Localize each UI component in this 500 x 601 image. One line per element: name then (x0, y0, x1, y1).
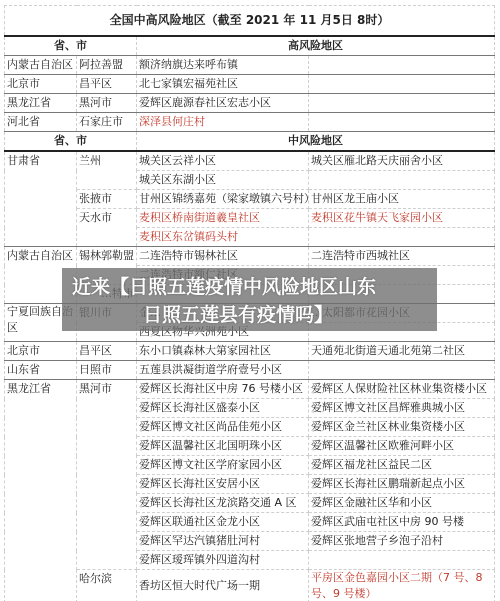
area-cell: 爱辉区张地营子乡泡子沿村 (309, 532, 495, 551)
area-cell: 城关区雁北路天庆丽舍小区 (309, 151, 495, 171)
headline-overlay: 近来【日照五莲疫情中风险地区山东 日照五莲县有疫情吗】 (62, 268, 437, 331)
city-cell: 哈尔滨 (77, 570, 137, 601)
headline-line-2: 日照五莲县有疫情吗】 (143, 300, 333, 327)
area-cell: 麦积区东岔镇码头村 (137, 228, 309, 247)
area-cell: 爱辉区温馨社区北国明珠小区 (137, 437, 309, 456)
area-cell: 东小口镇森林大第家园社区 (137, 342, 309, 361)
table-row: 内蒙古自治区 锡林郭勒盟 二连浩特市锡林社区 二连浩特市西城社区 (5, 247, 495, 266)
area-cell: 天通苑北街道天通北苑第二社区 (309, 342, 495, 361)
area-cell (309, 94, 495, 113)
area-cell: 爱辉区瑷珲镇外四道沟村 (137, 551, 309, 570)
area-cell: 深泽县何庄村 (137, 113, 309, 132)
province-cell: 黑龙江省 (5, 380, 77, 601)
area-cell: 爱辉区长海社区盛泰小区 (137, 399, 309, 418)
city-cell: 张掖市 (77, 190, 137, 209)
area-cell (309, 361, 495, 380)
mid-risk-header: 省、市 中风险地区 (5, 132, 495, 152)
province-cell: 河北省 (5, 113, 77, 132)
area-cell: 爱辉区长海社区中房 76 号楼小区 (137, 380, 309, 399)
area-cell: 五莲县洪凝街道学府壹号小区 (137, 361, 309, 380)
area-cell (309, 56, 495, 75)
header-province-city: 省、市 (5, 36, 137, 56)
city-cell: 昌平区 (77, 75, 137, 94)
header-mid-risk: 中风险地区 (137, 132, 495, 152)
area-cell: 爱辉区福龙社区益民二区 (309, 456, 495, 475)
area-cell (309, 171, 495, 190)
area-cell: 北七家镇宏福苑社区 (137, 75, 309, 94)
area-cell: 爱辉区武庙屯社区中房 90 号楼 (309, 513, 495, 532)
header-province-city: 省、市 (5, 132, 137, 152)
city-cell: 阿拉善盟 (77, 56, 137, 75)
city-cell: 天水市 (77, 209, 137, 247)
table-row: 北京市 昌平区 东小口镇森林大第家园社区 天通苑北街道天通北苑第二社区 (5, 342, 495, 361)
area-cell: 爱辉区长海社区龙滨路交通 A 区 (137, 494, 309, 513)
area-cell: 爱辉区鹿源春社区宏志小区 (137, 94, 309, 113)
table-row: 天水市 麦积区桥南街道羲皇社区 麦积区花牛镇天飞家园小区 (5, 209, 495, 228)
area-cell: 二连浩特市西城社区 (309, 247, 495, 266)
area-cell: 麦积区花牛镇天飞家园小区 (309, 209, 495, 228)
province-cell: 北京市 (5, 75, 77, 94)
area-cell: 城关区东湖小区 (137, 171, 309, 190)
area-cell (309, 113, 495, 132)
table-row: 内蒙古自治区 阿拉善盟 额济纳旗达来呼布镇 (5, 56, 495, 75)
province-cell: 黑龙江省 (5, 94, 77, 113)
high-risk-header: 省、市 高风险地区 (5, 36, 495, 56)
area-cell: 爱辉区博文社区学府家园小区 (137, 456, 309, 475)
area-cell (309, 75, 495, 94)
city-cell: 石家庄市 (77, 113, 137, 132)
area-cell: 二连浩特市锡林社区 (137, 247, 309, 266)
area-cell: 甘州区锦绣嘉苑（梁家墩镇六号村） (137, 190, 309, 209)
area-cell: 爱辉区罕达汽镇猪肚河村 (137, 532, 309, 551)
area-cell: 城关区云祥小区 (137, 151, 309, 171)
table-row: 山东省 日照市 五莲县洪凝街道学府壹号小区 (5, 361, 495, 380)
table-row: 甘肃省 兰州 城关区云祥小区 城关区雁北路天庆丽舍小区 (5, 151, 495, 171)
area-cell: 爱辉区人保财险社区林业集资楼小区 (309, 380, 495, 399)
area-cell: 麦积区桥南街道羲皇社区 (137, 209, 309, 228)
header-high-risk: 高风险地区 (137, 36, 495, 56)
city-cell: 黑河市 (77, 94, 137, 113)
area-cell: 额济纳旗达来呼布镇 (137, 56, 309, 75)
table-row: 黑龙江省 黑河市 爱辉区鹿源春社区宏志小区 (5, 94, 495, 113)
area-cell: 甘州区龙王庙小区 (309, 190, 495, 209)
table-row: 黑龙江省 黑河市 爱辉区长海社区中房 76 号楼小区 爱辉区人保财险社区林业集资… (5, 380, 495, 399)
area-cell: 香坊区恒大时代广场一期 (137, 570, 309, 601)
area-cell: 爱辉区金兰社区林业集资楼小区 (309, 418, 495, 437)
city-cell: 兰州 (77, 151, 137, 190)
city-cell: 昌平区 (77, 342, 137, 361)
province-cell: 北京市 (5, 342, 77, 361)
area-cell: 爱辉区博文社区尚品佳苑小区 (137, 418, 309, 437)
table-row: 张掖市 甘州区锦绣嘉苑（梁家墩镇六号村） 甘州区龙王庙小区 (5, 190, 495, 209)
city-cell: 黑河市 (77, 380, 137, 570)
area-cell: 爱辉区长海社区安居小区 (137, 475, 309, 494)
province-cell: 甘肃省 (5, 151, 77, 247)
table-row: 北京市 昌平区 北七家镇宏福苑社区 (5, 75, 495, 94)
province-cell: 山东省 (5, 361, 77, 380)
area-cell: 爱辉区博文社区昌辉雅典城小区 (309, 399, 495, 418)
area-cell (309, 551, 495, 570)
document-title: 全国中高风险地区（截至 2021 年 11 月5日 8时） (5, 6, 495, 37)
city-cell: 日照市 (77, 361, 137, 380)
area-cell: 爱辉区长海社区鹏瑞新起点小区 (309, 475, 495, 494)
area-cell: 平房区金色嘉园小区二期（7 号、8 号、9 号楼） (309, 570, 495, 601)
table-row: 河北省 石家庄市 深泽县何庄村 (5, 113, 495, 132)
area-cell (309, 228, 495, 247)
area-cell: 爱辉区金融社区华和小区 (309, 494, 495, 513)
province-cell: 内蒙古自治区 (5, 56, 77, 75)
area-cell: 爱辉区温馨社区欧雅河畔小区 (309, 437, 495, 456)
headline-line-1: 近来【日照五莲疫情中风险地区山东 (72, 272, 376, 299)
area-cell: 爱辉区联通社区金龙小区 (137, 513, 309, 532)
